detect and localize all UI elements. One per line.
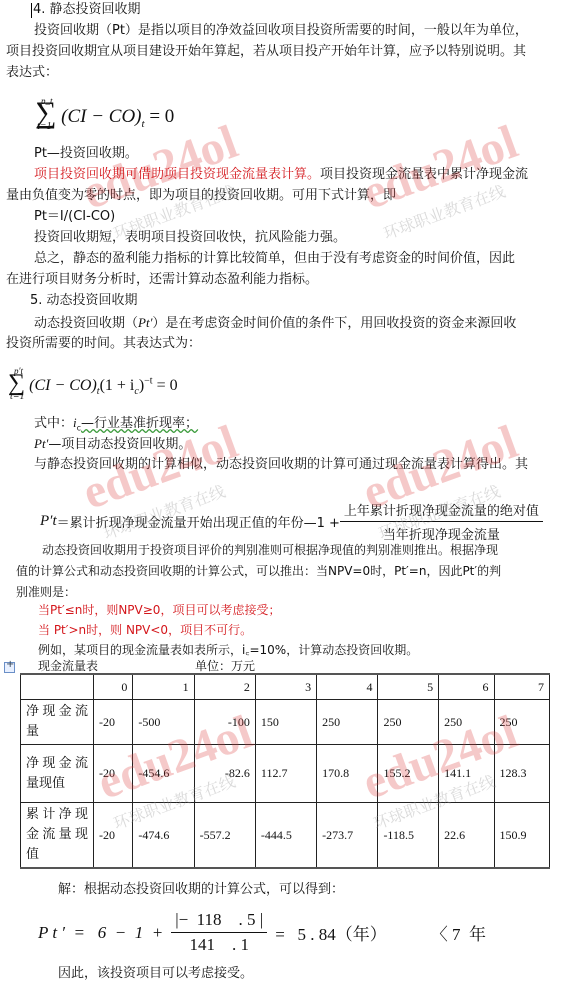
sigma-symbol: ∑p_tt=1 (35, 98, 56, 128)
table-cell: -20 (94, 700, 133, 745)
year-header: 0 (94, 674, 133, 700)
table-cell: 128.3 (494, 745, 550, 803)
cash-flow-table: 0 1 2 3 4 5 6 7 净现金流量 -20 -500 -100 150 … (20, 673, 550, 869)
table-cell: -20 (94, 803, 133, 869)
table-row: 净现金流量 -20 -500 -100 150 250 250 250 250 (21, 700, 550, 745)
table-cell: 22.6 (439, 803, 494, 869)
pt-prime-definition: Pt′—项目动态投资回收期。 (6, 433, 570, 455)
year-header: 7 (494, 674, 550, 700)
year-header: 5 (378, 674, 439, 700)
year-header: 3 (255, 674, 316, 700)
text-cursor (31, 3, 32, 18)
section-4-para3: 投资回收期短，表明项目投资回收快，抗风险能力强。 (6, 227, 570, 248)
section-4-para1-line1: 投资回收期（Pt）是指以项目的净效益回收项目投资所需要的时间，一般以年为单位， (6, 20, 570, 41)
table-cell: -474.6 (133, 803, 194, 869)
row-label: 累计净现金流量现值 (21, 803, 94, 869)
section-4-para2: 项目投资回收期可借助项目投资现金流量表计算。项目投资现金流量表中累计净现金流 (6, 164, 570, 185)
table-move-handle-icon[interactable] (4, 662, 15, 673)
section-4-para2-line2: 量由负值变为零的时点，即为项目的投资回收期。可用下式计算，即 (6, 185, 570, 206)
section-5-para1-line1: 动态投资回收期（Pt′）是在考虑资金时间价值的条件下，用回收投资的资金来源回收 (6, 312, 570, 334)
table-cell: -100 (194, 700, 255, 745)
dynamic-payback-table-formula: P′t ＝累计折现净现金流量开始出现正值的年份—1 + 上年累计折现净现金流量的… (40, 500, 543, 543)
table-cell: 150.9 (494, 803, 550, 869)
section-4-heading: 4. 静态投资回收期 (33, 0, 141, 20)
row-label: 净现金流量 (21, 700, 94, 745)
table-row: 净现金流量现值 -20 -454.6 -82.6 112.7 170.8 155… (21, 745, 550, 803)
table-cell: 141.1 (439, 745, 494, 803)
table-cell: -557.2 (194, 803, 255, 869)
section-5-para2: 与静态投资回收期的计算相似，动态投资回收期的计算可通过现金流量表计算得出。其 (6, 454, 570, 475)
table-header-row: 0 1 2 3 4 5 6 7 (21, 674, 550, 700)
table-cell: 155.2 (378, 745, 439, 803)
formula-fraction: 上年累计折现净现金流量的绝对值当年折现净现金流量 (340, 500, 543, 543)
table-unit: 单位：万元 (195, 657, 255, 674)
year-header: 4 (317, 674, 378, 700)
table-cell: 112.7 (255, 745, 316, 803)
section-5-heading: 5. 动态投资回收期 (30, 291, 138, 311)
rule-accept: 当Pt′≤n时，则NPV≥0，项目可以考虑接受； (38, 600, 574, 621)
solution-formula: P t ′ = 6 − 1 + |− 118 . 5 |141 . 1 = 5 … (38, 910, 486, 955)
solution-intro: 解：根据动态投资回收期的计算公式，可以得到： (58, 878, 344, 897)
section-4-para4-line1: 总之，静态的盈利能力指标的计算比较简单，但由于没有考虑资金的时间价值，因此 (6, 248, 570, 269)
pt-definition: Pt—投资回收期。 (6, 143, 570, 164)
solution-conclusion: 因此，该投资项目可以考虑接受。 (58, 962, 253, 981)
solution-fraction: |− 118 . 5 |141 . 1 (171, 910, 267, 955)
section-4-para1-line2: 项目投资回收期宜从项目建设开始年算起，若从项目投产开始年计算，应予以特别说明。其 (6, 41, 570, 62)
highlight-red-text: 项目投资回收期可借助项目投资现金流量表计算。 (34, 167, 320, 182)
section-4-para4-line2: 在进行项目财务分析时，还需计算动态盈利能力指标。 (6, 269, 570, 290)
sigma-symbol: ∑p′tt=1 (8, 368, 25, 398)
table-row: 累计净现金流量现值 -20 -474.6 -557.2 -444.5 -273.… (21, 803, 550, 869)
static-payback-formula: ∑p_tt=1 (CI − CO)t = 0 (35, 98, 174, 130)
dynamic-payback-formula: ∑p′tt=1 (CI − CO)t(1 + ic)−t = 0 (8, 368, 178, 398)
rule-reject: 当 Pt′>n时，则 NPV<0，项目不可行。 (38, 620, 574, 641)
table-cell: 250 (317, 700, 378, 745)
table-cell: -454.6 (133, 745, 194, 803)
table-cell: -82.6 (194, 745, 255, 803)
section-4-para1-line3: 表达式： (6, 62, 570, 83)
section-5-para3-line1: 动态投资回收期用于投资项目评价的判别准则可根据净现值的判别准则推出。根据净现 (16, 540, 574, 561)
example-text: 例如，某项目的现金流量表如表所示，i꜀=10%，计算动态投资回收期。 (38, 640, 574, 661)
static-formula-simple: Pt＝I/(CI-CO) (6, 206, 570, 227)
row-label: 净现金流量现值 (21, 745, 94, 803)
table-cell: -118.5 (378, 803, 439, 869)
section-5-para3-line2: 值的计算公式和动态投资回收期的计算公式，可以推出：当NPV=0时，Pt′=n，因… (16, 561, 574, 582)
table-cell: -20 (94, 745, 133, 803)
section-5-para1-line2: 投资所需要的时间。其表达式为： (6, 333, 570, 354)
table-cell: -273.7 (317, 803, 378, 869)
table-corner-cell (21, 674, 94, 700)
table-cell: 250 (494, 700, 550, 745)
year-header: 6 (439, 674, 494, 700)
table-cell: -444.5 (255, 803, 316, 869)
table-cell: 250 (439, 700, 494, 745)
year-header: 2 (194, 674, 255, 700)
table-cell: 150 (255, 700, 316, 745)
table-title: 现金流量表 (38, 657, 98, 674)
table-cell: -500 (133, 700, 194, 745)
table-cell: 250 (378, 700, 439, 745)
year-header: 1 (133, 674, 194, 700)
table-cell: 170.8 (317, 745, 378, 803)
